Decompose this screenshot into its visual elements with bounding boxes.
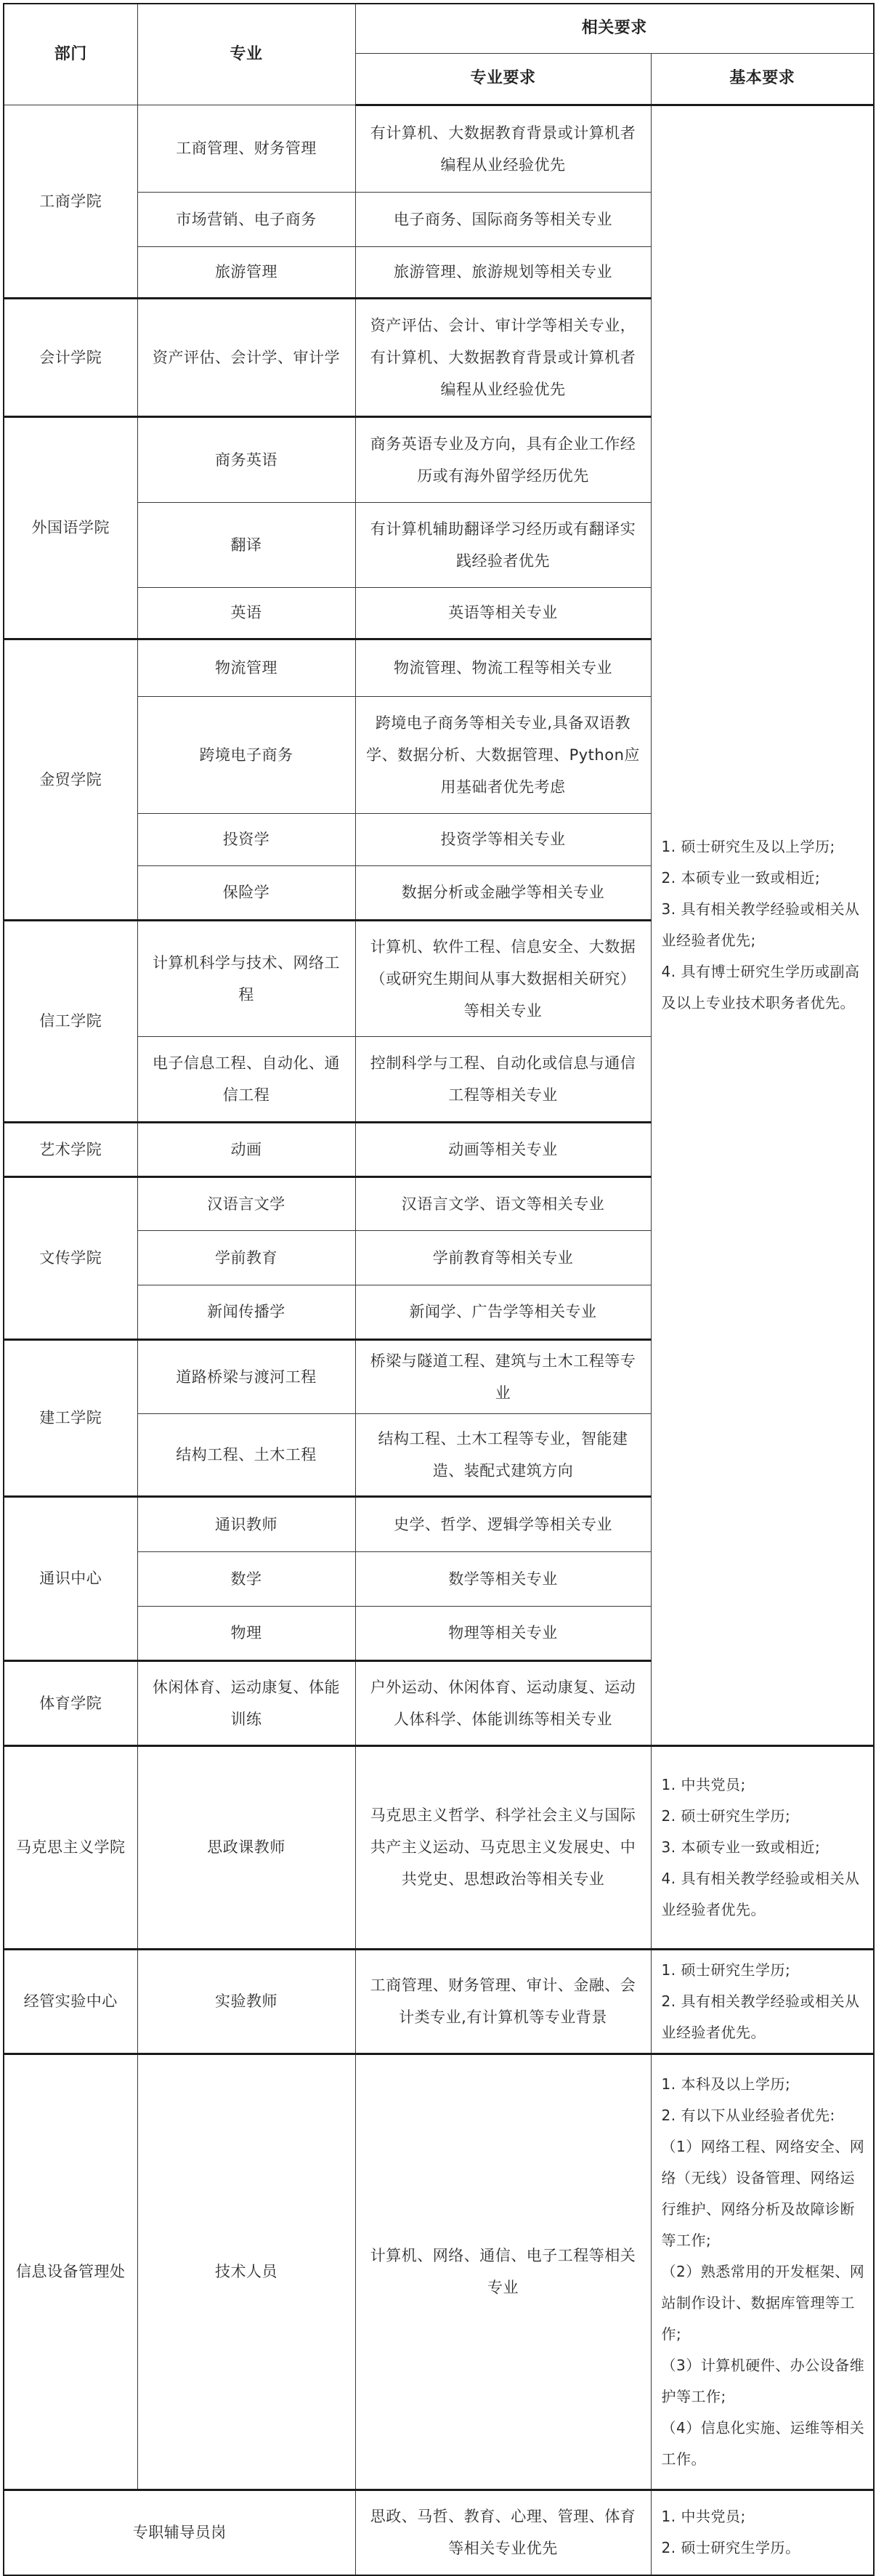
- cell-major: 资产评估、会计学、审计学: [137, 298, 355, 416]
- cell-major: 技术人员: [137, 2054, 355, 2490]
- cell-department: 金贸学院: [4, 639, 137, 920]
- cell-major: 数学: [137, 1551, 355, 1606]
- cell-basic-req: 1. 本科及以上学历; 2. 有以下从业经验者优先: （1）网络工程、网络安全、…: [651, 2054, 874, 2490]
- cell-major: 通识教师: [137, 1496, 355, 1551]
- table-row: 经管实验中心 实验教师 工商管理、财务管理、审计、金融、会计类专业,有计算机等专…: [4, 1949, 874, 2054]
- header-basic-requirements: 基本要求: [651, 53, 874, 105]
- cell-major-req: 物流管理、物流工程等相关专业: [355, 639, 651, 696]
- cell-department: 马克思主义学院: [4, 1745, 137, 1949]
- cell-major: 物流管理: [137, 639, 355, 696]
- cell-major-req: 桥梁与隧道工程、建筑与土木工程等专业: [355, 1339, 651, 1413]
- header-major: 专业: [137, 4, 355, 105]
- cell-major-req: 投资学等相关专业: [355, 813, 651, 865]
- cell-major: 思政课教师: [137, 1745, 355, 1949]
- cell-department: 艺术学院: [4, 1122, 137, 1176]
- cell-major-req: 数据分析或金融学等相关专业: [355, 865, 651, 920]
- header-department: 部门: [4, 4, 137, 105]
- cell-major-req: 有计算机、大数据教育背景或计算机者编程从业经验优先: [355, 105, 651, 192]
- cell-basic-req-shared: 1. 硕士研究生及以上学历; 2. 本硕专业一致或相近; 3. 具有相关教学经验…: [651, 105, 874, 1745]
- cell-major-req: 资产评估、会计、审计学等相关专业，有计算机、大数据教育背景或计算机者编程从业经验…: [355, 298, 651, 416]
- cell-major: 翻译: [137, 502, 355, 587]
- cell-department: 工商学院: [4, 105, 137, 298]
- cell-department: 外国语学院: [4, 416, 137, 639]
- cell-major: 英语: [137, 587, 355, 639]
- cell-major: 学前教育: [137, 1230, 355, 1285]
- cell-department: 信工学院: [4, 920, 137, 1122]
- cell-basic-req: 1. 中共党员; 2. 硕士研究生学历。: [651, 2490, 874, 2575]
- header-major-requirements: 专业要求: [355, 53, 651, 105]
- cell-major: 计算机科学与技术、网络工程: [137, 920, 355, 1036]
- table-row: 信息设备管理处 技术人员 计算机、网络、通信、电子工程等相关专业 1. 本科及以…: [4, 2054, 874, 2490]
- cell-major-req: 商务英语专业及方向，具有企业工作经历或有海外留学经历优先: [355, 416, 651, 502]
- table-row: 工商学院 工商管理、财务管理 有计算机、大数据教育背景或计算机者编程从业经验优先…: [4, 105, 874, 192]
- cell-major-req: 思政、马哲、教育、心理、管理、体育等相关专业优先: [355, 2490, 651, 2575]
- cell-major-req: 计算机、网络、通信、电子工程等相关专业: [355, 2054, 651, 2490]
- cell-major: 工商管理、财务管理: [137, 105, 355, 192]
- cell-major: 道路桥梁与渡河工程: [137, 1339, 355, 1413]
- cell-major: 动画: [137, 1122, 355, 1176]
- cell-major-req: 新闻学、广告学等相关专业: [355, 1285, 651, 1339]
- cell-department: 文传学院: [4, 1176, 137, 1339]
- cell-basic-req: 1. 中共党员; 2. 硕士研究生学历; 3. 本硕专业一致或相近; 4. 具有…: [651, 1745, 874, 1949]
- cell-department: 信息设备管理处: [4, 2054, 137, 2490]
- cell-counselor-post: 专职辅导员岗: [4, 2490, 355, 2575]
- cell-department: 体育学院: [4, 1660, 137, 1745]
- cell-major-req: 数学等相关专业: [355, 1551, 651, 1606]
- cell-major: 电子信息工程、自动化、通信工程: [137, 1036, 355, 1122]
- table-row: 专职辅导员岗 思政、马哲、教育、心理、管理、体育等相关专业优先 1. 中共党员;…: [4, 2490, 874, 2575]
- cell-major-req: 汉语言文学、语文等相关专业: [355, 1176, 651, 1230]
- cell-major-req: 英语等相关专业: [355, 587, 651, 639]
- cell-major: 旅游管理: [137, 246, 355, 298]
- cell-major: 新闻传播学: [137, 1285, 355, 1339]
- cell-department: 通识中心: [4, 1496, 137, 1660]
- cell-major: 市场营销、电子商务: [137, 192, 355, 246]
- cell-major-req: 户外运动、休闲体育、运动康复、运动人体科学、体能训练等相关专业: [355, 1660, 651, 1745]
- cell-department: 会计学院: [4, 298, 137, 416]
- recruitment-requirements-page: 部门 专业 相关要求 专业要求 基本要求 工商学院 工商管理、财务管理 有计算机…: [0, 0, 876, 2576]
- cell-major-req: 计算机、软件工程、信息安全、大数据（或研究生期间从事大数据相关研究）等相关专业: [355, 920, 651, 1036]
- cell-department: 经管实验中心: [4, 1949, 137, 2054]
- cell-major-req: 工商管理、财务管理、审计、金融、会计类专业,有计算机等专业背景: [355, 1949, 651, 2054]
- cell-major: 商务英语: [137, 416, 355, 502]
- cell-major-req: 旅游管理、旅游规划等相关专业: [355, 246, 651, 298]
- cell-major-req: 动画等相关专业: [355, 1122, 651, 1176]
- cell-major-req: 结构工程、土木工程等专业，智能建造、装配式建筑方向: [355, 1413, 651, 1496]
- table-row: 马克思主义学院 思政课教师 马克思主义哲学、科学社会主义与国际共产主义运动、马克…: [4, 1745, 874, 1949]
- cell-major-req: 有计算机辅助翻译学习经历或有翻译实践经验者优先: [355, 502, 651, 587]
- recruitment-requirements-table: 部门 专业 相关要求 专业要求 基本要求 工商学院 工商管理、财务管理 有计算机…: [3, 3, 875, 2576]
- cell-major-req: 学前教育等相关专业: [355, 1230, 651, 1285]
- cell-major: 结构工程、土木工程: [137, 1413, 355, 1496]
- cell-major: 汉语言文学: [137, 1176, 355, 1230]
- cell-major: 实验教师: [137, 1949, 355, 2054]
- cell-major: 跨境电子商务: [137, 696, 355, 813]
- cell-major-req: 马克思主义哲学、科学社会主义与国际共产主义运动、马克思主义发展史、中共党史、思想…: [355, 1745, 651, 1949]
- cell-major: 保险学: [137, 865, 355, 920]
- cell-major: 物理: [137, 1606, 355, 1660]
- cell-major-req: 电子商务、国际商务等相关专业: [355, 192, 651, 246]
- cell-major: 投资学: [137, 813, 355, 865]
- cell-major: 休闲体育、运动康复、体能训练: [137, 1660, 355, 1745]
- cell-department: 建工学院: [4, 1339, 137, 1496]
- cell-major-req: 史学、哲学、逻辑学等相关专业: [355, 1496, 651, 1551]
- cell-major-req: 控制科学与工程、自动化或信息与通信工程等相关专业: [355, 1036, 651, 1122]
- header-related-requirements: 相关要求: [355, 4, 874, 53]
- cell-basic-req: 1. 硕士研究生学历; 2. 具有相关教学经验或相关从业经验者优先。: [651, 1949, 874, 2054]
- header-row-1: 部门 专业 相关要求: [4, 4, 874, 53]
- cell-major-req: 物理等相关专业: [355, 1606, 651, 1660]
- cell-major-req: 跨境电子商务等相关专业,具备双语教学、数据分析、大数据管理、Python应用基础…: [355, 696, 651, 813]
